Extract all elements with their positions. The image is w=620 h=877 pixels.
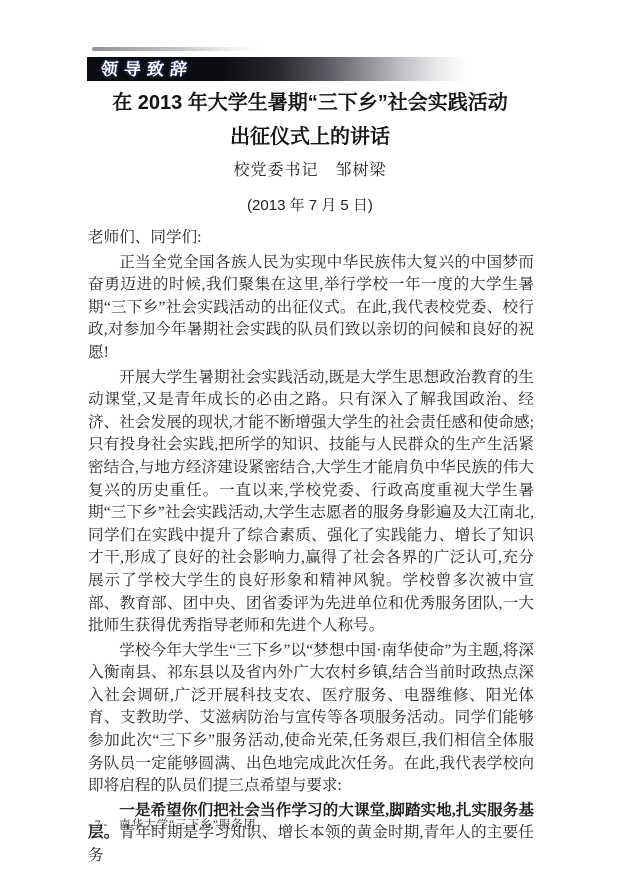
body-paragraph-point-one: 一是希望你们把社会当作学习的大课堂,脚踏实地,扎实服务基层。青年时期是学习知识、… <box>88 800 534 868</box>
section-banner: 领导致辞 <box>87 57 479 81</box>
speech-title-line1: 在 2013 年大学生暑期“三下乡”社会实践活动 <box>0 86 620 120</box>
footer-label: 南华大学“三下乡”服务团 <box>119 819 256 831</box>
scan-artifact <box>92 47 260 51</box>
page-footer: - 7 -南华大学“三下乡”服务团 <box>88 818 548 832</box>
body-paragraph: 开展大学生暑期社会实践活动,既是大学生思想政治教育的生动课堂,又是青年成长的必由… <box>88 367 534 638</box>
section-banner-label: 领导致辞 <box>86 61 194 78</box>
speaker-byline: 校党委书记 邹树梁 <box>0 161 620 181</box>
speech-title: 在 2013 年大学生暑期“三下乡”社会实践活动 出征仪式上的讲话 <box>0 86 620 154</box>
body-paragraph: 正当全党全国各族人民为实现中华民族伟大复兴的中国梦而奋勇迈进的时候,我们聚集在这… <box>88 252 534 365</box>
speech-body: 老师们、同学们: 正当全党全国各族人民为实现中华民族伟大复兴的中国梦而奋勇迈进的… <box>88 227 534 870</box>
page-number: - 7 - <box>88 819 107 831</box>
speech-title-line2: 出征仪式上的讲话 <box>0 120 620 154</box>
document-page: 领导致辞 在 2013 年大学生暑期“三下乡”社会实践活动 出征仪式上的讲话 校… <box>0 0 620 877</box>
salutation: 老师们、同学们: <box>88 227 534 250</box>
body-paragraph: 学校今年大学生“三下乡”以“梦想中国·南华使命”为主题,将深入衡南县、祁东县以及… <box>88 640 534 798</box>
speech-date: (2013 年 7 月 5 日) <box>0 196 620 215</box>
